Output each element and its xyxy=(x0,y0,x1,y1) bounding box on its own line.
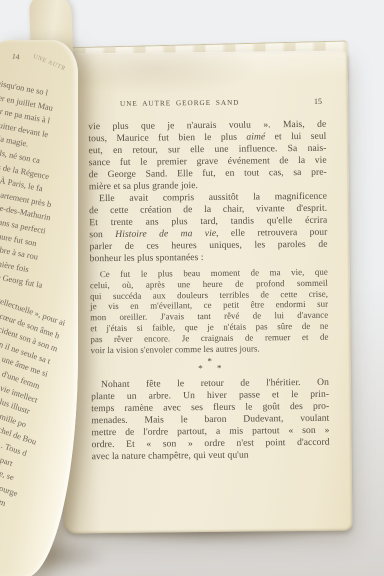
left-page-text-lower: « intellectuelle », pour ai tique cœur d… xyxy=(0,290,78,537)
text-segment: bonheur les plus spontanées : xyxy=(90,252,204,264)
left-page-text-upper: puisqu'on ne so l aller en juillet Mau p… xyxy=(0,76,78,307)
paragraph-2: Elle avait compris aussitôt la magnifice… xyxy=(89,191,328,265)
text-segment: mière et sa plus grande joie. xyxy=(89,180,198,192)
paragraph-1: vie plus que je n'aurais voulu ». Mais, … xyxy=(88,119,327,193)
text-segment: ordre. Et « son » ordre n'est point d'ac… xyxy=(92,437,330,450)
curled-left-page: 14 UNE AUTR puisqu'on ne so l aller en j… xyxy=(0,40,78,576)
asterism-bottom: * * xyxy=(91,363,329,373)
right-page-text-column: UNE AUTRE GEORGE SAND 15 vie plus que je… xyxy=(88,97,330,464)
text-line: bonheur les plus spontanées : xyxy=(90,251,328,265)
text-segment: voir la vision s'envoler comme les autre… xyxy=(91,343,260,355)
text-line: voir la vision s'envoler comme les autre… xyxy=(91,342,329,355)
text-line: parler de ces heures uniques, les parole… xyxy=(89,239,327,253)
book-photo: UNE AUTRE GEORGE SAND 15 vie plus que je… xyxy=(0,0,384,576)
text-segment: parler de ces heures uniques, les parole… xyxy=(89,239,327,252)
text-segment: , elle retrouvera pour xyxy=(216,227,327,239)
text-segment: son xyxy=(89,229,115,240)
text-segment: tous, Maurice fut bien le plus xyxy=(88,132,246,145)
text-segment: de George Sand. Elle fut, en tout cas, s… xyxy=(89,167,327,180)
italic-segment: Histoire de ma vie xyxy=(115,228,216,240)
text-segment: pas rêver encore. Je craignais de remuer… xyxy=(90,332,328,344)
left-running-head-fragment: UNE AUTR xyxy=(32,54,66,73)
text-line: de George Sand. Elle fut, en tout cas, s… xyxy=(89,167,327,181)
running-head: UNE AUTRE GEORGE SAND 15 xyxy=(88,97,326,111)
paragraph-3: Nohant fête le retour de l'héritier. On … xyxy=(91,377,330,463)
running-head-title: UNE AUTRE GEORGE SAND xyxy=(120,99,240,108)
asterism-separator: * * * xyxy=(91,357,329,373)
block-quote: Ce fut le plus beau moment de ma vie, qu… xyxy=(90,267,329,356)
italic-segment: aimé xyxy=(246,131,265,142)
text-segment: avec la nature champêtre, qui veut qu'un xyxy=(92,450,249,463)
page-number: 15 xyxy=(314,97,322,106)
text-line: avec la nature champêtre, qui veut qu'un xyxy=(92,449,330,463)
left-page-number: 14 xyxy=(11,52,20,62)
right-page: UNE AUTRE GEORGE SAND 15 vie plus que je… xyxy=(59,51,352,534)
text-segment: et lui seul xyxy=(265,131,326,143)
